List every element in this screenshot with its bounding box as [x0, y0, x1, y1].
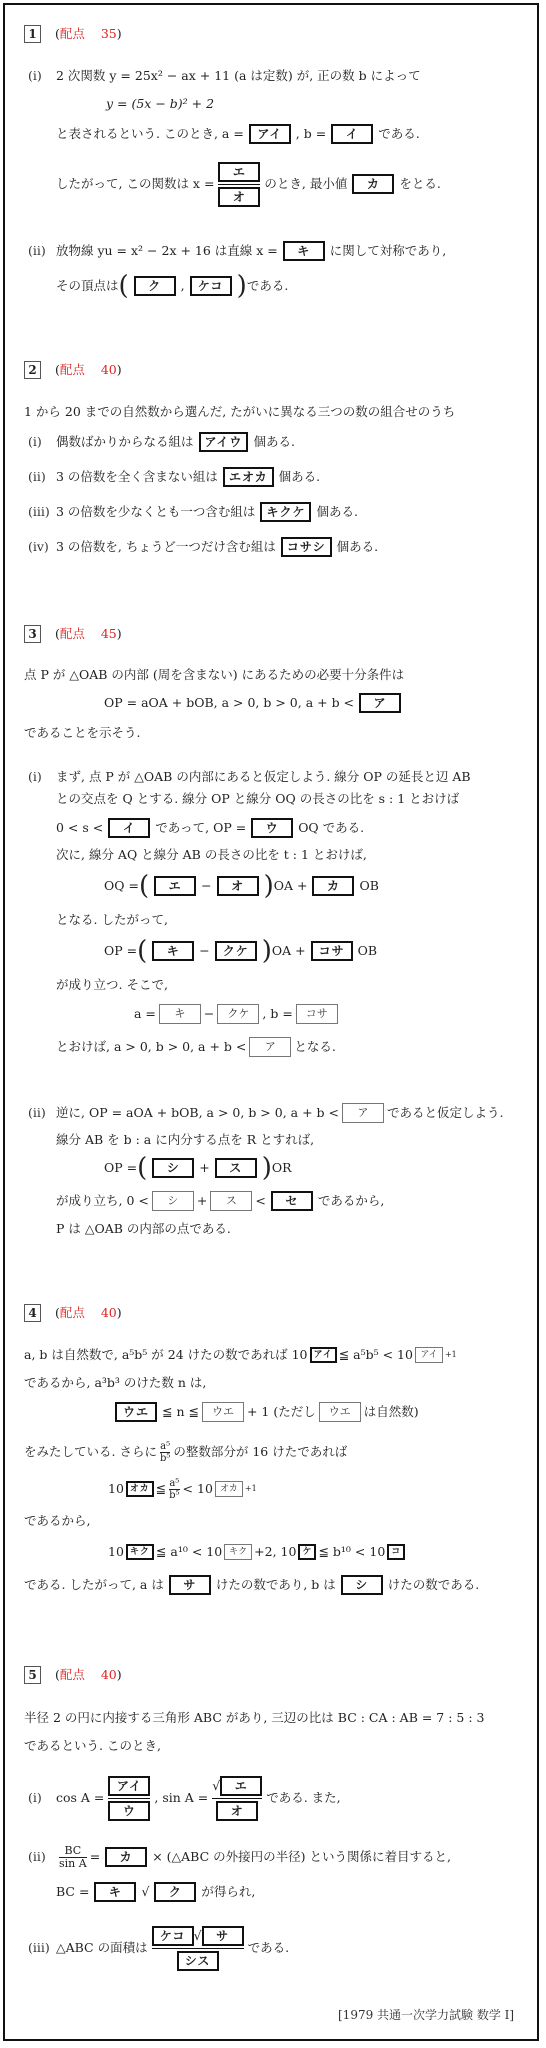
- answer-box[interactable]: カ: [312, 876, 354, 896]
- s3-i5: OQ =( エ− オ) OA + カ OB: [104, 876, 379, 896]
- answer-box[interactable]: コサ: [311, 941, 353, 961]
- s3-i7: OP =( キ− クケ) OA + コサ OB: [104, 941, 377, 961]
- s3-i9: a = キ− クケ , b = コサ: [134, 1004, 341, 1024]
- answer-box[interactable]: キクケ: [260, 502, 311, 522]
- answer-box[interactable]: ク: [154, 1882, 196, 1902]
- ref-box: キク: [224, 1544, 252, 1560]
- s3-i8: が成り立つ. そこで,: [56, 975, 168, 995]
- s4-l1: a, b は自然数で, a⁵b⁵ が 24 けたの数であれば 10 アイ ≦ a…: [24, 1345, 457, 1365]
- s4-l4: をみたしている. さらに a⁵b⁵ の整数部分が 16 けたであれば: [24, 1440, 347, 1464]
- score-label: (配点 35): [55, 24, 122, 44]
- answer-box[interactable]: コ: [387, 1544, 405, 1560]
- answer-box[interactable]: ケ: [298, 1544, 316, 1560]
- answer-box[interactable]: オ: [218, 187, 260, 207]
- answer-box[interactable]: アイ: [249, 124, 291, 144]
- s3-i2: との交点を Q とする. 線分 OP と線分 OQ の長さの比を s : 1 と…: [56, 789, 459, 809]
- answer-box[interactable]: アイウ: [199, 432, 249, 452]
- s3-ii3: OP =( シ+ ス) OR: [104, 1158, 292, 1178]
- answer-box[interactable]: エ: [218, 162, 260, 182]
- section-4-header: 4 (配点 40): [24, 1303, 122, 1323]
- section-3-header: 3 (配点 45): [24, 624, 122, 644]
- s3-ii2: 線分 AB を b : a に内分する点を R とすれば,: [56, 1130, 314, 1150]
- fraction: エ オ: [218, 162, 260, 207]
- s2-item: (ii)3 の倍数を全く含まない組は エオカ 個ある.: [28, 467, 320, 487]
- s1-i-eq: y = (5x − b)² + 2: [106, 94, 214, 114]
- section-5-header: 5 (配点 40): [24, 1665, 122, 1685]
- s2-intro: 1 から 20 までの自然数から選んだ, たがいに異なる三つの数の組合せのうち: [24, 402, 455, 422]
- s1-i-line2: と表されるという. このとき, a = アイ , b = イ である.: [56, 124, 420, 144]
- ref-box: ウエ: [202, 1402, 244, 1422]
- answer-box[interactable]: オ: [217, 876, 259, 896]
- s1-i-line3: したがって, この関数は x = エ オ のとき, 最小値 カ をとる.: [56, 158, 441, 210]
- answer-box[interactable]: サ: [202, 1926, 244, 1946]
- ref-box: キ: [159, 1004, 201, 1024]
- ref-box: ス: [210, 1191, 252, 1211]
- s4-l6: であるから,: [24, 1511, 90, 1531]
- s5-iii: (iii) △ABC の面積は ケコ√サ シス である.: [28, 1922, 289, 1974]
- s4-l2: であるから, a³b³ のけた数 n は,: [24, 1373, 206, 1393]
- answer-box[interactable]: シ: [341, 1575, 383, 1595]
- answer-box[interactable]: ウ: [108, 1801, 150, 1821]
- answer-box[interactable]: アイ: [108, 1776, 150, 1796]
- s4-l3: ウエ ≦ n ≦ ウエ + 1 (ただし ウエ は自然数): [110, 1402, 419, 1422]
- source-citation: [1979 共通一次学力試験 数学 I]: [338, 2005, 514, 2025]
- s2-item: (iv)3 の倍数を, ちょうど一つだけ含む組は コサシ 個ある.: [28, 537, 378, 557]
- answer-box[interactable]: アイ: [310, 1347, 337, 1363]
- answer-box[interactable]: ウエ: [115, 1402, 157, 1422]
- answer-box[interactable]: エオカ: [223, 467, 274, 487]
- s1-ii-line2: その頂点は ( ク, ケコ ) である.: [56, 276, 288, 296]
- section-1-header: 1 (配点 35): [24, 24, 122, 44]
- s1-i-line1: (i)2 次関数 y = 25x² − ax + 11 (a は定数) が, 正…: [28, 66, 421, 86]
- ref-box: アイ: [415, 1347, 443, 1363]
- answer-box[interactable]: サ: [169, 1575, 211, 1595]
- s5-ii: (ii) BCsin A = カ × (△ABC の外接円の半径) という関係に…: [28, 1842, 451, 1872]
- answer-box[interactable]: キク: [126, 1544, 154, 1560]
- s3-intro: 点 P が △OAB の内部 (周を含まない) にあるための必要十分条件は: [24, 665, 404, 685]
- s4-l7: 10 キク ≦ a¹⁰ < 10 キク +2, 10 ケ ≦ b¹⁰ < 10 …: [108, 1542, 407, 1562]
- answer-box[interactable]: エ: [220, 1776, 262, 1796]
- s5-l2: であるという. このとき,: [24, 1736, 161, 1756]
- s3-i4: 次に, 線分 AQ と線分 AB の長さの比を t : 1 とおけば,: [56, 845, 367, 865]
- answer-box[interactable]: ケコ: [190, 276, 232, 296]
- answer-box[interactable]: クケ: [215, 941, 257, 961]
- answer-box[interactable]: カ: [105, 1847, 147, 1867]
- s4-l5: 10 オカ ≦ a⁵b⁵ < 10 オカ+1: [108, 1475, 257, 1503]
- s3-i3: 0 < s < イ であって, OP = ウ OQ である.: [56, 818, 364, 838]
- s5-l1: 半径 2 の円に内接する三角形 ABC があり, 三辺の比は BC : CA :…: [24, 1708, 484, 1728]
- ref-box: ア: [249, 1037, 291, 1057]
- answer-box[interactable]: キ: [94, 1882, 136, 1902]
- ref-box: ウエ: [319, 1402, 361, 1422]
- answer-box[interactable]: オカ: [126, 1481, 154, 1497]
- ref-box: オカ: [215, 1481, 243, 1497]
- answer-box[interactable]: エ: [154, 876, 196, 896]
- answer-box[interactable]: キ: [283, 241, 325, 261]
- answer-box[interactable]: キ: [152, 941, 194, 961]
- s3-ii1: (ii)逆に, OP = aOA + bOB, a > 0, b > 0, a …: [28, 1103, 503, 1123]
- answer-box[interactable]: ウ: [251, 818, 293, 838]
- answer-box[interactable]: シス: [177, 1951, 219, 1971]
- ref-box: シ: [152, 1191, 194, 1211]
- s5-i: (i) cos A = アイ ウ , sin A = √エ オ である. また,: [28, 1772, 341, 1824]
- s3-show: であることを示そう.: [24, 723, 140, 743]
- s1-ii-line1: (ii)放物線 yu = x² − 2x + 16 は直線 x = キ に関して…: [28, 241, 446, 261]
- ref-box: コサ: [296, 1004, 338, 1024]
- s3-i10: とおけば, a > 0, b > 0, a + b < ア となる.: [56, 1037, 336, 1057]
- s5-ii2: BC = キ√ク が得られ,: [56, 1882, 255, 1902]
- answer-box[interactable]: イ: [108, 818, 150, 838]
- s4-l8: である. したがって, a は サ けたの数であり, b は シ けたの数である…: [24, 1575, 479, 1595]
- answer-box[interactable]: カ: [352, 174, 394, 194]
- s3-ii4: が成り立ち, 0 < シ+ ス< セ であるから,: [56, 1191, 384, 1211]
- section-number: 1: [24, 25, 41, 43]
- answer-box[interactable]: セ: [271, 1191, 313, 1211]
- s2-item: (i)偶数ばかりからなる組は アイウ 個ある.: [28, 432, 295, 452]
- s2-item: (iii)3 の倍数を少なくとも一つ含む組は キクケ 個ある.: [28, 502, 358, 522]
- answer-box[interactable]: ス: [215, 1158, 257, 1178]
- s3-i6: となる. したがって,: [56, 910, 168, 930]
- s3-ii5: P は △OAB の内部の点である.: [56, 1219, 231, 1239]
- answer-box[interactable]: イ: [331, 124, 373, 144]
- answer-box[interactable]: ケコ: [152, 1926, 194, 1946]
- ref-box: ア: [342, 1103, 384, 1123]
- ref-box: クケ: [217, 1004, 259, 1024]
- s3-cond: OP = aOA + bOB, a > 0, b > 0, a + b < ア: [104, 693, 406, 713]
- answer-box[interactable]: コサシ: [281, 537, 332, 557]
- answer-box[interactable]: シ: [152, 1158, 194, 1178]
- section-2-header: 2 (配点 40): [24, 360, 122, 380]
- answer-box[interactable]: オ: [216, 1801, 258, 1821]
- answer-box[interactable]: ク: [134, 276, 176, 296]
- s3-i1: (i)まず, 点 P が △OAB の内部にあると仮定しよう. 線分 OP の延…: [28, 767, 471, 787]
- answer-box[interactable]: ア: [359, 693, 401, 713]
